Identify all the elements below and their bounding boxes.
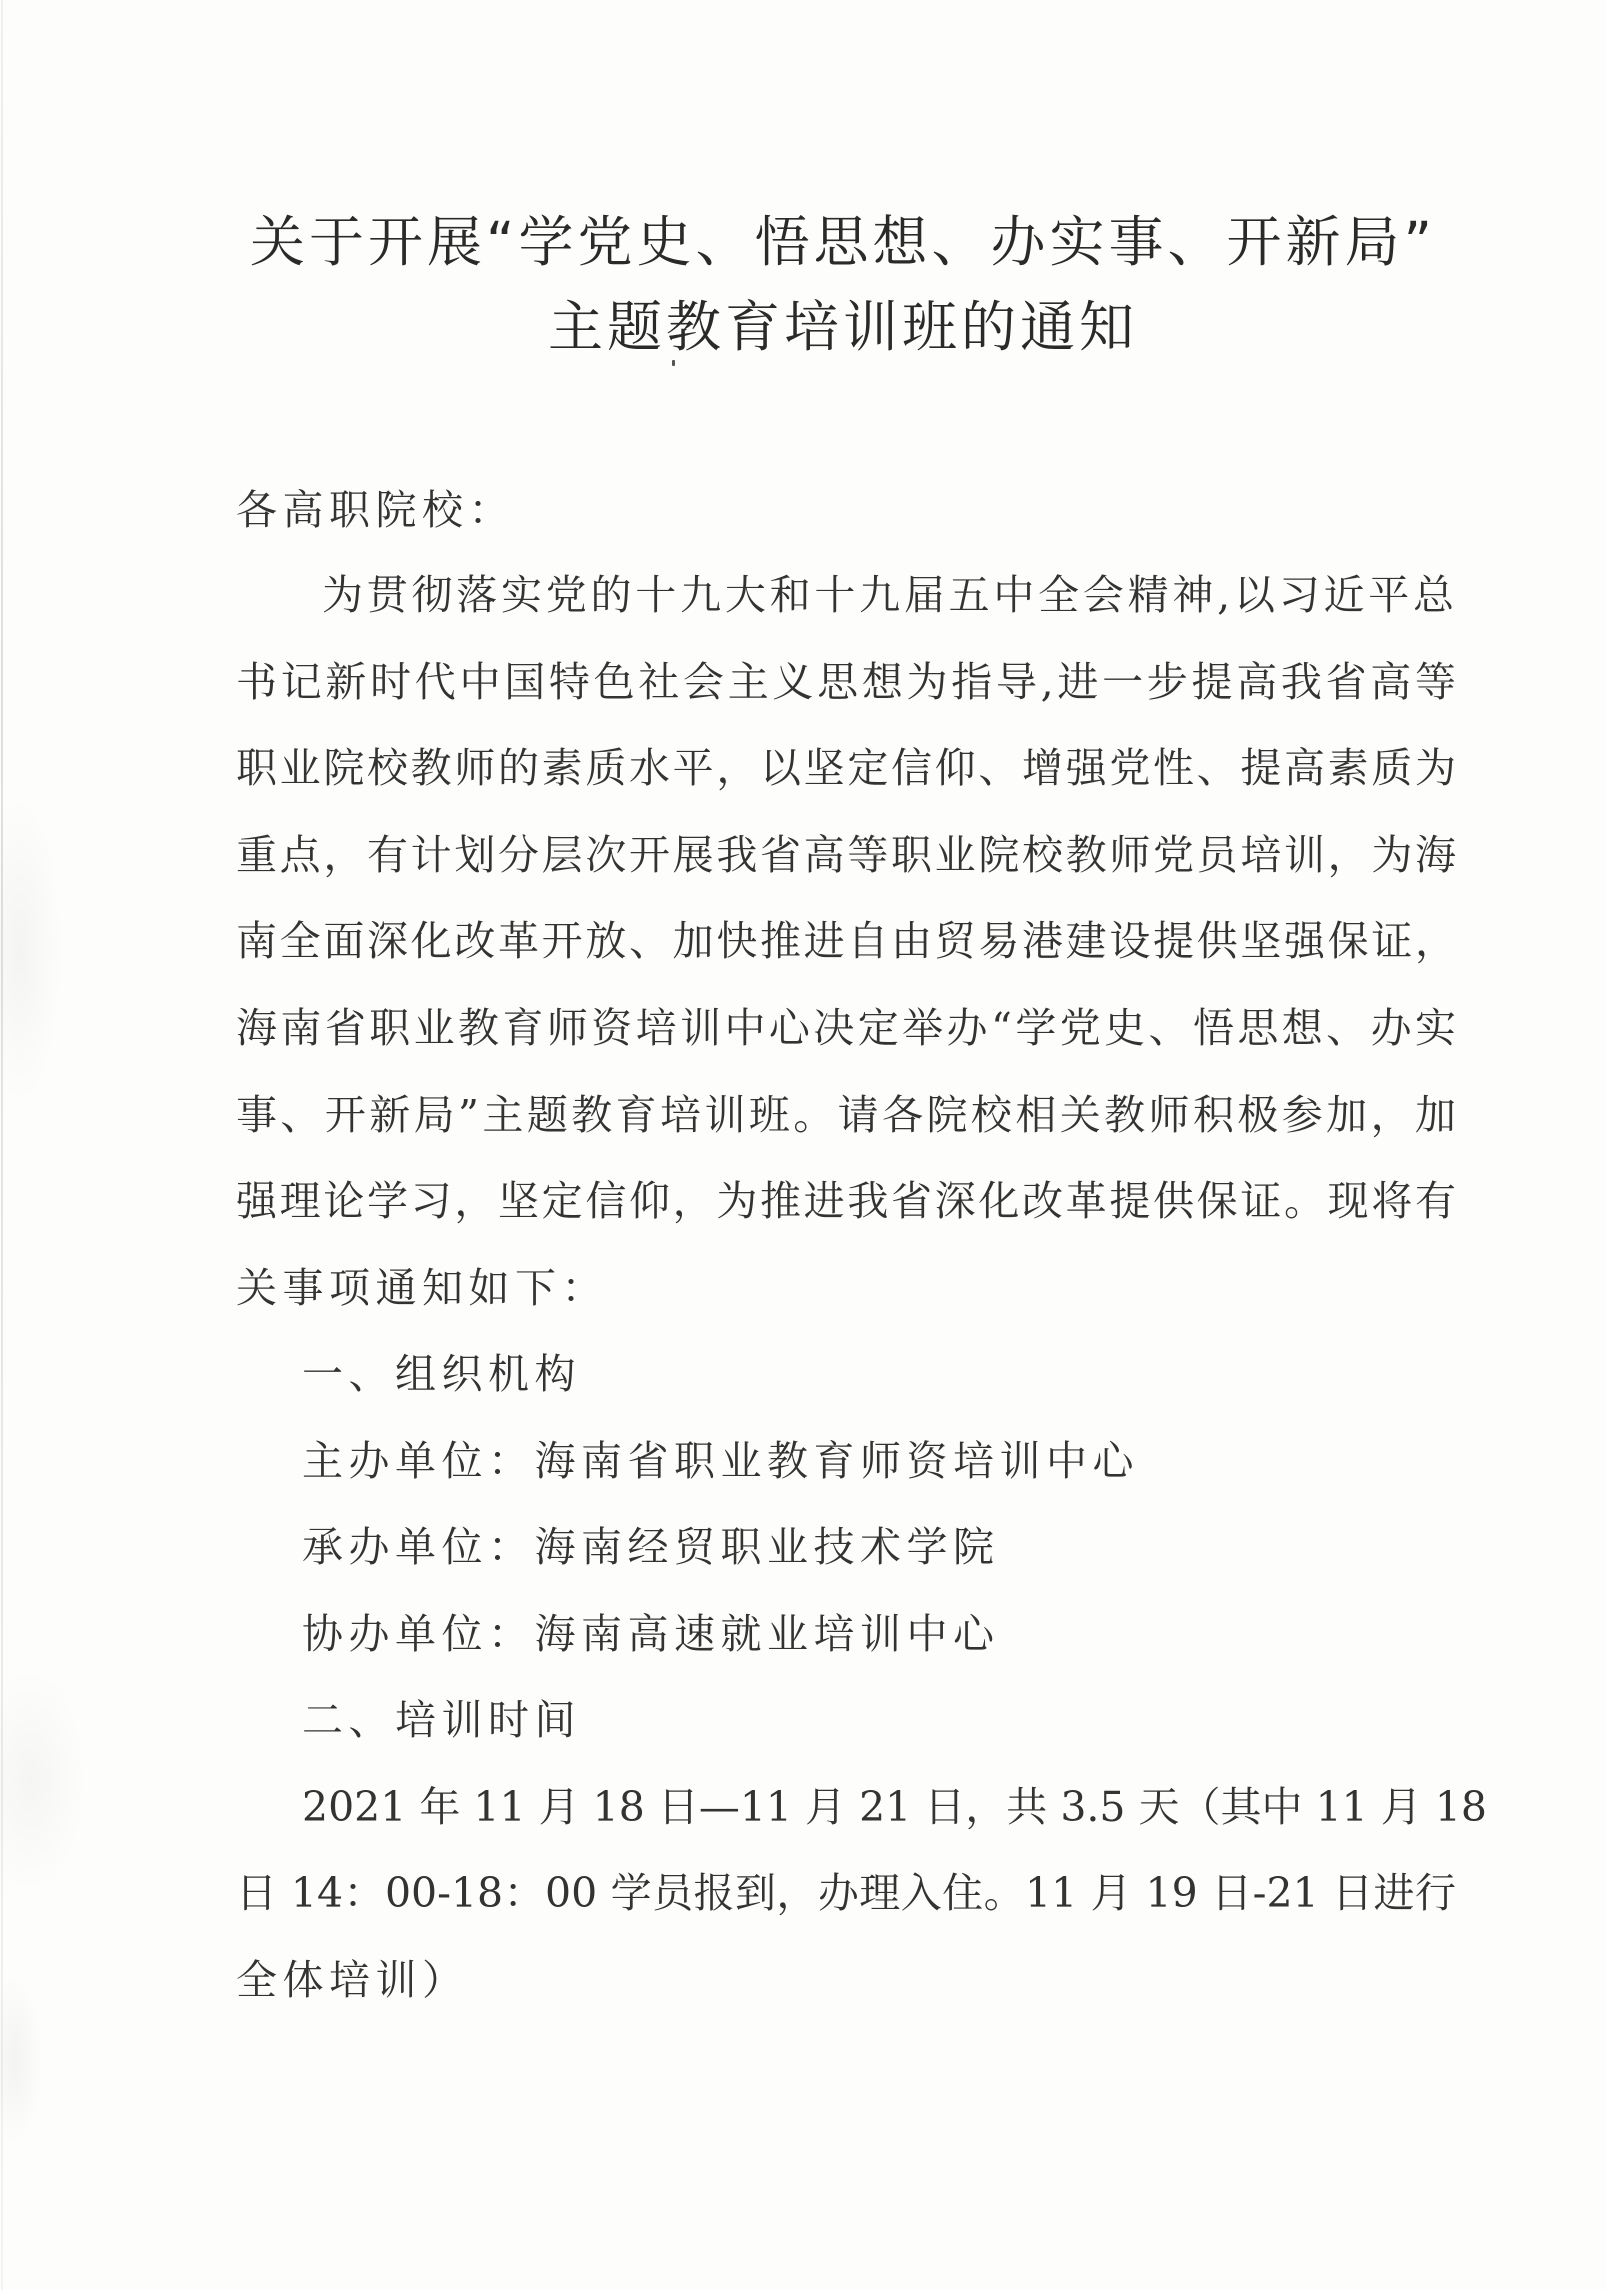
paragraph-line: 2021 年 11 月 18 日—11 月 21 日，共 3.5 天（其中 11… — [302, 1784, 1454, 1830]
paragraph-line: 海南省职业教育师资培训中心决定举办“学党史、悟思想、办实 — [236, 1005, 1456, 1051]
organizer-item: 主办单位：海南省职业教育师资培训中心 — [302, 1438, 1139, 1484]
paragraph-line: 事、开新局”主题教育培训班。请各院校相关教师积极参加，加 — [236, 1092, 1456, 1138]
paragraph-line: 为贯彻落实党的十九大和十九届五中全会精神,以习近平总 — [322, 572, 1454, 618]
salutation: 各高职院校： — [236, 487, 1456, 533]
paragraph-line: 书记新时代中国特色社会主义思想为指导,进一步提高我省高等 — [236, 659, 1456, 705]
document-title-line-1: 关于开展“学党史、悟思想、办实事、开新局” — [40, 212, 1606, 272]
undertaker-item: 承办单位：海南经贸职业技术学院 — [302, 1524, 1000, 1570]
section-heading: 二、培训时间 — [302, 1697, 581, 1743]
scan-edge-shadow — [1, 0, 3, 2290]
scan-speck — [672, 360, 675, 366]
section-heading: 一、组织机构 — [302, 1351, 581, 1397]
paragraph-line: 全体培训） — [236, 1957, 1456, 2003]
document-page: 关于开展“学党史、悟思想、办实事、开新局” 主题教育培训班的通知 各高职院校： … — [0, 0, 1606, 2290]
paragraph-line: 重点，有计划分层次开展我省高等职业院校教师党员培训，为海 — [236, 832, 1456, 878]
paragraph-line: 日 14：00-18：00 学员报到，办理入住。11 月 19 日-21 日进行 — [236, 1870, 1456, 1916]
paragraph-line: 南全面深化改革开放、加快推进自由贸易港建设提供坚强保证， — [236, 918, 1456, 964]
co-organizer-item: 协办单位：海南高速就业培训中心 — [302, 1611, 1000, 1657]
document-title-line-2: 主题教育培训班的通知 — [40, 297, 1606, 357]
paragraph-line: 强理论学习，坚定信仰，为推进我省深化改革提供保证。现将有 — [236, 1178, 1456, 1224]
paragraph-line: 职业院校教师的素质水平，以坚定信仰、增强党性、提高素质为 — [236, 745, 1456, 791]
paragraph-line: 关事项通知如下： — [236, 1265, 1456, 1311]
